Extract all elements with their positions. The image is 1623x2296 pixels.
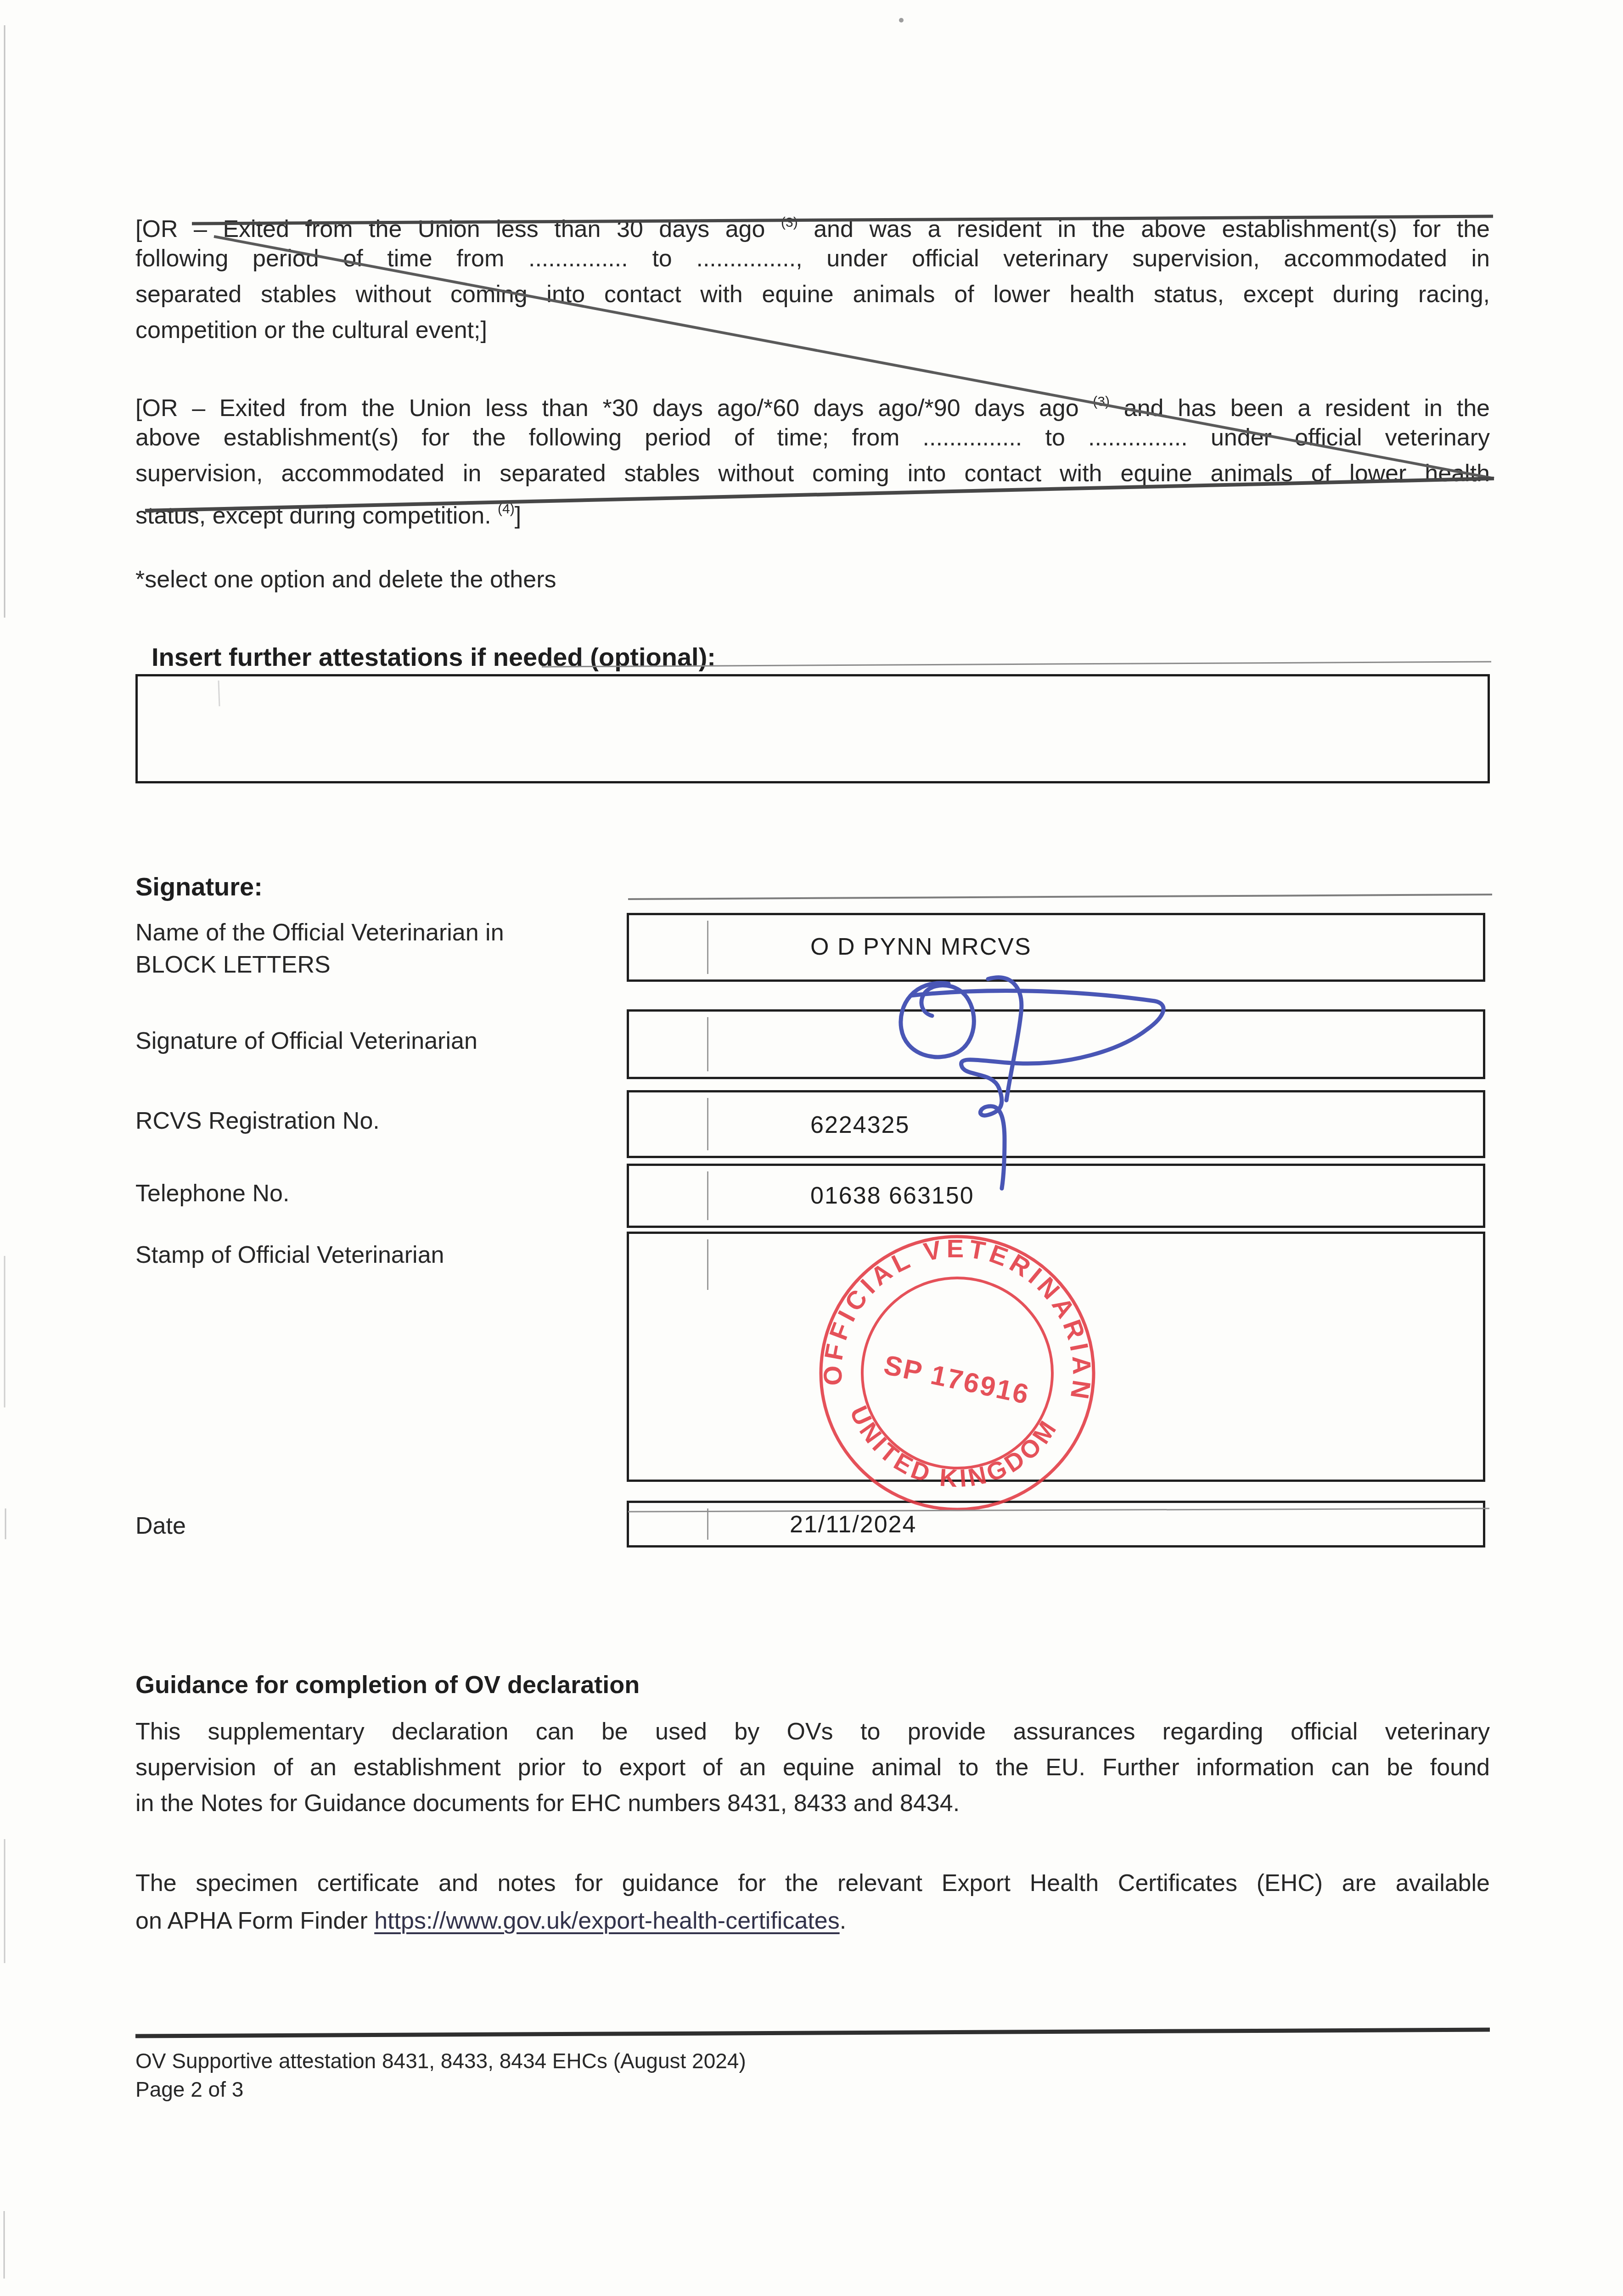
or2-line1-text: [OR – Exited from the Union less than *3… — [135, 395, 1093, 422]
or1-line1-text2: and was a resident in the above establis… — [798, 216, 1490, 242]
footnote-ref-3: (3) — [781, 215, 798, 230]
signature-label: Signature of Official Veterinarian — [135, 1025, 618, 1057]
guidance-p2-line1: The specimen certificate and notes for g… — [135, 1868, 1490, 1898]
or2-line4: status, except during competition. (4)] — [135, 494, 1490, 531]
or1-line2: following period of time from ..........… — [135, 243, 1490, 274]
name-label-line1: Name of the Official Veterinarian in — [135, 917, 618, 949]
guidance-p1-line3: in the Notes for Guidance documents for … — [135, 1788, 1490, 1818]
cell-divider — [707, 1098, 708, 1150]
select-option-note: *select one option and delete the others — [135, 566, 556, 593]
official-veterinarian-stamp: OFFICIAL VETERINARIAN UNITED KINGDOM SP … — [781, 1194, 1139, 1557]
cell-divider — [707, 1508, 708, 1540]
or2-line2: above establishment(s) for the following… — [135, 422, 1490, 453]
date-label: Date — [135, 1510, 618, 1542]
stamp-arc-bottom-text: UNITED KINGDOM — [840, 1400, 1064, 1500]
cell-divider — [707, 1017, 708, 1071]
cell-divider — [707, 921, 708, 974]
footnote-ref-3b: (3) — [1093, 394, 1110, 409]
name-label: Name of the Official Veterinarian in BLO… — [135, 917, 618, 981]
guidance-p2-line2-text2: . — [840, 1908, 846, 1934]
guidance-heading: Guidance for completion of OV declaratio… — [135, 1671, 640, 1699]
scanned-document-page: [OR – Exited from the Union less than 30… — [0, 0, 1623, 2296]
guidance-p2-line2: on APHA Form Finder https://www.gov.uk/e… — [135, 1906, 1490, 1936]
or2-line4-text2: ] — [515, 502, 521, 529]
or1-line3: separated stables without coming into co… — [135, 279, 1490, 310]
stamp-code-text: SP 176916 — [881, 1349, 1033, 1410]
or1-line1-text: [OR – Exited from the Union less than 30… — [135, 216, 781, 242]
attestations-heading: Insert further attestations if needed (o… — [152, 642, 716, 672]
name-value: O D PYNN MRCVS — [810, 933, 1032, 961]
export-health-certificates-link[interactable]: https://www.gov.uk/export-health-certifi… — [374, 1908, 839, 1934]
guidance-p2-line2-text: on APHA Form Finder — [135, 1908, 374, 1934]
signature-heading: Signature: — [135, 872, 263, 901]
name-field-box[interactable] — [627, 913, 1485, 982]
or2-line4-text: status, except during competition. — [135, 502, 498, 529]
rcvs-label: RCVS Registration No. — [135, 1105, 618, 1137]
rcvs-field-box[interactable] — [627, 1090, 1485, 1158]
guidance-p1-line1: This supplementary declaration can be us… — [135, 1716, 1490, 1747]
guidance-p1-line2: supervision of an establishment prior to… — [135, 1752, 1490, 1783]
footer-divider-rule — [135, 2030, 1490, 2036]
stamp-label: Stamp of Official Veterinarian — [135, 1239, 618, 1271]
rcvs-value: 6224325 — [810, 1111, 910, 1139]
or2-line1: [OR – Exited from the Union less than *3… — [135, 387, 1490, 423]
or2-line3: supervision, accommodated in separated s… — [135, 458, 1490, 489]
footer-page-indicator: Page 2 of 3 — [135, 2076, 243, 2103]
signature-field-box[interactable] — [627, 1009, 1485, 1079]
cell-divider — [707, 1239, 708, 1290]
or1-line1: [OR – Exited from the Union less than 30… — [135, 208, 1490, 244]
cell-divider — [707, 1171, 708, 1220]
phone-label: Telephone No. — [135, 1177, 618, 1210]
or2-line1-text2: and has been a resident in the — [1110, 395, 1490, 422]
attestations-input-box[interactable] — [135, 674, 1490, 783]
or1-line4: competition or the cultural event;] — [135, 315, 1490, 345]
footer-doc-ref: OV Supportive attestation 8431, 8433, 84… — [135, 2047, 746, 2075]
footnote-ref-4: (4) — [498, 501, 515, 517]
name-label-line2: BLOCK LETTERS — [135, 949, 618, 981]
